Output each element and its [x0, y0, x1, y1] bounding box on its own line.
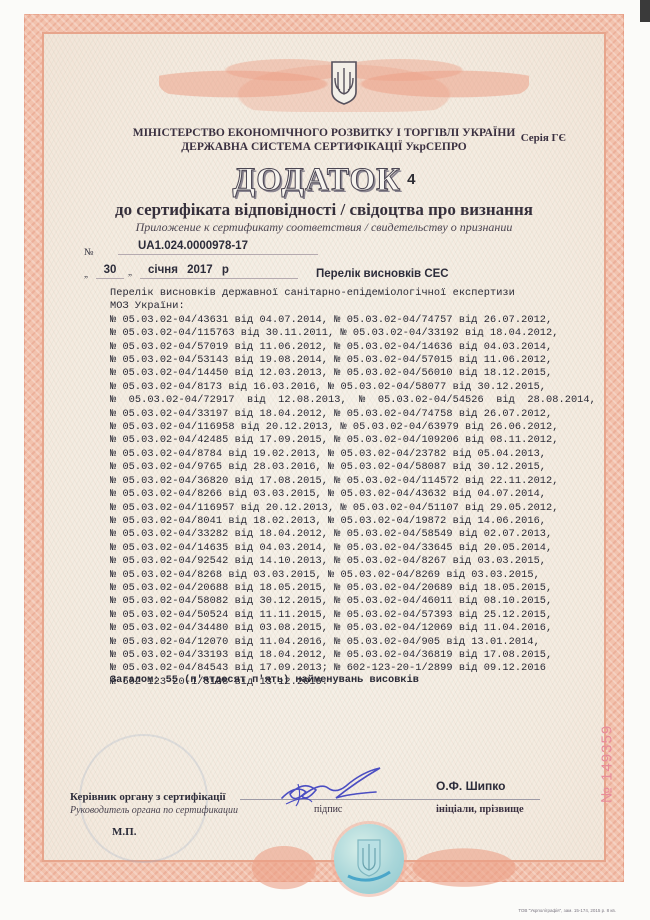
head-label: Керівник органу з сертифікації — [70, 791, 226, 803]
list-item: № 05.03.02-04/8173 від 16.03.2016, № 05.… — [110, 381, 630, 394]
head-label-russian: Руководитель органа по сертификации — [70, 805, 238, 816]
list-item: № 05.03.02-04/8041 від 18.02.2013, № 05.… — [110, 515, 630, 528]
signer-caption: ініціали, прізвище — [436, 804, 524, 815]
trident-icon — [330, 60, 358, 106]
number-label: № — [84, 247, 94, 258]
signer-name: О.Ф. Шипко — [436, 779, 505, 793]
subtitle: до сертифіката відповідності / свідоцтва… — [44, 200, 604, 220]
list-item: № 05.03.02-04/116958 від 20.12.2013, № 0… — [110, 421, 630, 434]
intro-line: Перелік висновків державної санітарно-еп… — [110, 287, 630, 300]
page-edge-tab — [640, 0, 650, 22]
certificate-number: UA1.024.0000978-17 — [118, 240, 318, 255]
list-item: № 05.03.02-04/58082 від 30.12.2015, № 05… — [110, 595, 630, 608]
title-number: 4 — [407, 171, 415, 188]
list-item: № 05.03.02-04/116957 від 20.12.2013, № 0… — [110, 502, 630, 515]
list-item: № 05.03.02-04/43631 від 04.07.2014, № 05… — [110, 314, 630, 327]
list-item: № 05.03.02-04/20688 від 18.05.2015, № 05… — [110, 582, 630, 595]
list-item: № 05.03.02-04/50524 від 11.11.2015, № 05… — [110, 609, 630, 622]
list-item: № 05.03.02-04/9765 від 28.03.2016, № 05.… — [110, 461, 630, 474]
conclusions-list: Перелік висновків державної санітарно-еп… — [110, 287, 630, 689]
list-item: № 05.03.02-04/14635 від 04.03.2014, № 05… — [110, 542, 630, 555]
list-item: № 05.03.02-04/8266 від 03.03.2015, № 05.… — [110, 488, 630, 501]
bottom-ornament-right — [404, 834, 554, 890]
trident-hologram-icon — [334, 824, 404, 894]
signature-caption: підпис — [314, 804, 342, 815]
list-item: № 05.03.02-04/12070 від 11.04.2016, № 05… — [110, 636, 630, 649]
list-item: № 05.03.02-04/14450 від 12.03.2013, № 05… — [110, 367, 630, 380]
serial-number: № 149359 — [592, 709, 622, 819]
date-close-quote: „ — [128, 267, 132, 277]
subtitle-russian: Приложение к сертификату соответствия / … — [44, 220, 604, 235]
list-item: № 05.03.02-04/36820 від 17.08.2015, № 05… — [110, 475, 630, 488]
certificate-paper: МІНІСТЕРСТВО ЕКОНОМІЧНОГО РОЗВИТКУ І ТОР… — [42, 32, 606, 862]
bottom-ornament-left — [234, 834, 334, 890]
list-title: Перелік висновків СЕС — [316, 268, 449, 280]
signature-icon — [276, 764, 386, 809]
document-title: ДОДАТОК4 — [44, 162, 604, 199]
title-text: ДОДАТОК — [233, 162, 402, 198]
date-month-year: січня 2017 р — [140, 264, 298, 279]
list-item: № 05.03.02-04/115763 від 30.11.2011, № 0… — [110, 327, 630, 340]
total-count: Загалом: 55 (п'ятдесят п'ять) найменуван… — [110, 674, 419, 686]
list-item: № 05.03.02-04/34480 від 03.08.2015, № 05… — [110, 622, 630, 635]
printer-note: ТОВ "Укрполіграфія", зам. 15-174, 2015 р… — [518, 908, 616, 913]
date-day: 30 — [96, 264, 124, 279]
list-item: № 05.03.02-04/57019 від 11.06.2012, № 05… — [110, 341, 630, 354]
hologram-seal — [334, 824, 404, 894]
intro-line: МОЗ України: — [110, 300, 630, 313]
list-item: № 05.03.02-04/92542 від 14.10.2013, № 05… — [110, 555, 630, 568]
list-item: № 05.03.02-04/33197 від 18.04.2012, № 05… — [110, 408, 630, 421]
certificate-sheet: МІНІСТЕРСТВО ЕКОНОМІЧНОГО РОЗВИТКУ І ТОР… — [24, 14, 624, 882]
stamp-place-label: М.П. — [112, 826, 136, 838]
list-item: № 05.03.02-04/8268 від 03.03.2015, № 05.… — [110, 569, 630, 582]
list-item: № 05.03.02-04/53143 від 19.08.2014, № 05… — [110, 354, 630, 367]
serial-number-text: № 149359 — [599, 725, 616, 803]
list-item: № 05.03.02-04/33193 від 18.04.2012, № 05… — [110, 649, 630, 662]
list-item: № 05.03.02-04/72917 від 12.08.2013, № 05… — [110, 394, 630, 407]
series-label: Серія ГЄ — [521, 132, 566, 144]
list-item: № 05.03.02-04/42485 від 17.09.2015, № 05… — [110, 434, 630, 447]
list-item: № 05.03.02-04/8784 від 19.02.2013, № 05.… — [110, 448, 630, 461]
list-item: № 05.03.02-04/33282 від 18.04.2012, № 05… — [110, 528, 630, 541]
date-open-quote: „ — [84, 269, 88, 279]
